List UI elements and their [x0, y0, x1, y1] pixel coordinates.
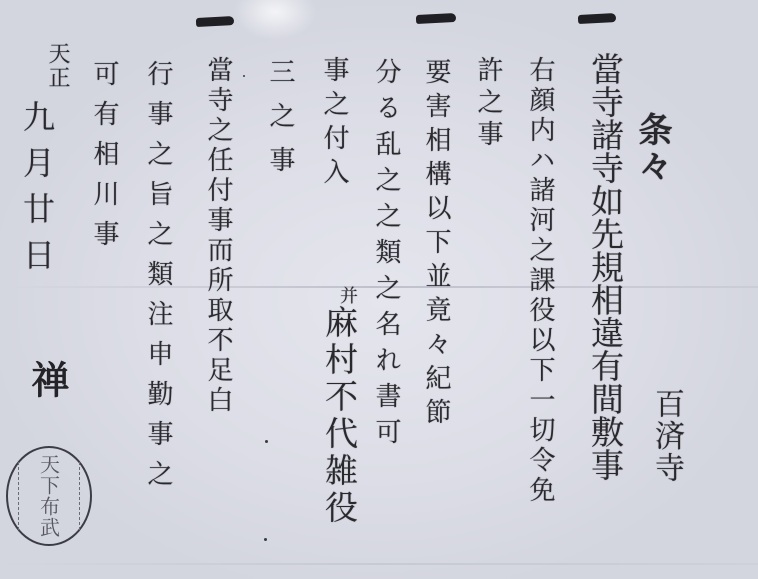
column-6-continued: 麻村不代雑役 — [316, 305, 363, 527]
item-mark-1 — [578, 13, 616, 24]
column-7: 三之事 — [262, 58, 299, 190]
column-10: 可有相川事 — [86, 60, 123, 260]
column-2: 右顔内ハ諸河之課役以下一切令免 — [522, 56, 559, 506]
addressee: 百済寺 — [644, 388, 688, 484]
date-month-day: 九月廿日 — [14, 100, 60, 284]
column-5: 分る乱之之類之名れ書可 — [368, 58, 405, 454]
item-mark-3 — [196, 16, 234, 27]
column-4: 要害相構以下並竟々紀節 — [418, 58, 455, 432]
document-page: 条々 百済寺 當寺諸寺如先規相違有間敷事 右顔内ハ諸河之課役以下一切令免 許之事… — [0, 0, 758, 579]
column-9: 行事之旨之類注申勤事之 — [140, 60, 177, 500]
column-1: 當寺諸寺如先規相違有間敷事 — [582, 52, 629, 481]
ink-speck — [264, 538, 267, 541]
column-6: 事之付入 — [316, 56, 353, 192]
column-8: 當寺之任付事而所取不足白 — [200, 56, 237, 416]
column-6-annotation: 并 — [334, 286, 360, 306]
item-mark-2 — [416, 13, 456, 24]
document-title: 条々 — [628, 112, 677, 184]
seal-inner-frame — [18, 462, 80, 530]
ink-speck — [265, 440, 268, 443]
column-3: 許之事 — [470, 56, 507, 152]
signature: 禅 — [20, 360, 75, 402]
seal-stamp: 天下布武 — [6, 446, 92, 546]
date-era: 天正 — [42, 42, 73, 90]
ink-speck — [243, 75, 245, 77]
paper-fold-line-lower — [0, 563, 758, 565]
